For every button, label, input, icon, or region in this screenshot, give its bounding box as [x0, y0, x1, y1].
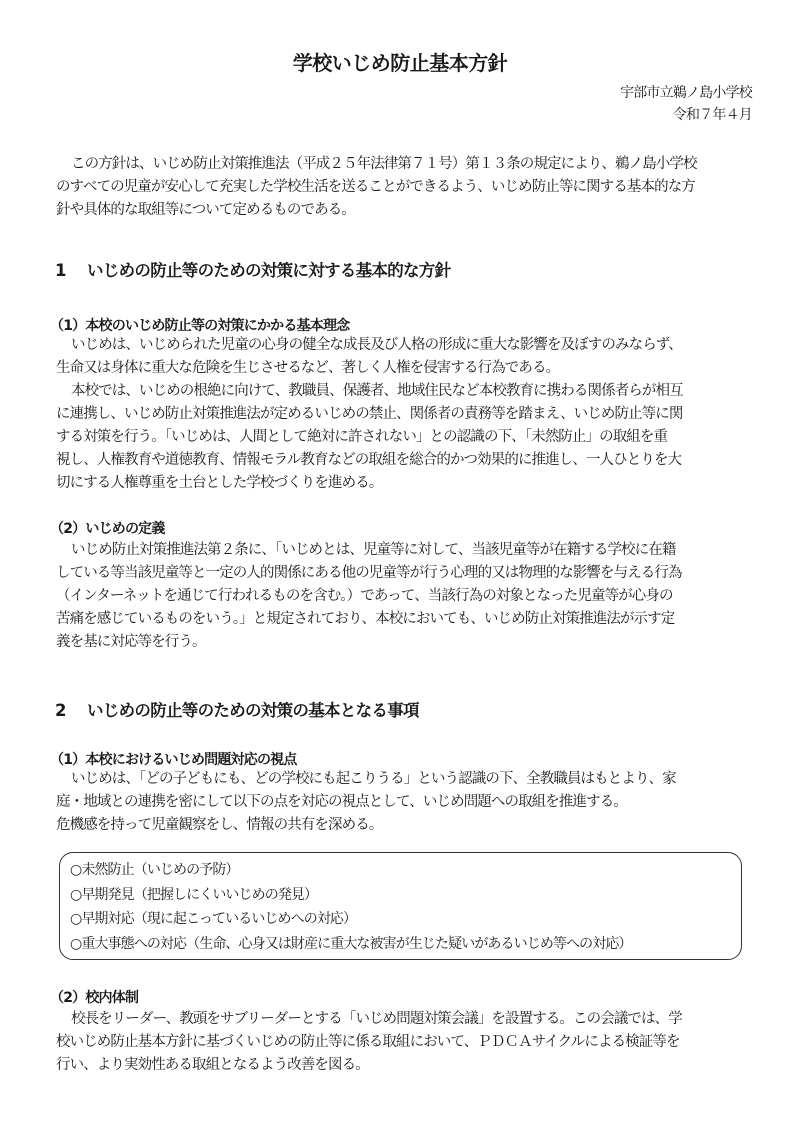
body-line: いじめ防止対策推進法第２条に、「いじめとは、児童等に対して、当該児童等が在籍する… — [56, 539, 748, 562]
intro-line: この方針は、いじめ防止対策推進法（平成２５年法律第７１号）第１３条の規定により、… — [56, 153, 748, 176]
section-number: 1 — [55, 261, 87, 280]
body-line: 校長をリーダー、教頭をサブリーダーとする「いじめ問題対策会議」を設置する。この会… — [56, 1008, 748, 1031]
body-line: 危機感を持って児童観察をし、情報の共有を深める。 — [56, 814, 748, 837]
body-line: 視し、人権教育や道徳教育、情報モラル教育などの取組を総合的かつ効果的に推進し、一… — [56, 449, 748, 472]
section-heading-text: いじめの防止等のための対策に対する基本的な方針 — [87, 261, 450, 280]
body-line: 校いじめ防止基本方針に基づくいじめの防止等に係る取組において、ＰＤＣＡサイクルに… — [56, 1031, 748, 1054]
section-1-heading: 1いじめの防止等のための対策に対する基本的な方針 — [55, 257, 450, 281]
subsection-1-1-heading: （1）本校のいじめ防止等の対策にかかる基本理念 — [50, 315, 349, 335]
viewpoint-item: ○早期対応（現に起こっているいじめへの対応） — [70, 907, 741, 932]
viewpoint-item: ○早期発見（把握しにくいいじめの発見） — [70, 883, 741, 908]
body-line: する対策を行う。「いじめは、人間として絶対に許されない」との認識の下、「未然防止… — [56, 426, 748, 449]
school-name: 宇部市立鵜ノ島小学校 — [620, 82, 752, 102]
section-heading-text: いじめの防止等のための対策の基本となる事項 — [87, 701, 419, 720]
body-line: 本校では、いじめの根絶に向けて、教職員、保護者、地域住民など本校教育に携わる関係… — [56, 380, 748, 403]
subsection-2-2-body: 校長をリーダー、教頭をサブリーダーとする「いじめ問題対策会議」を設置する。この会… — [56, 1008, 748, 1077]
subsection-2-2-heading: （2）校内体制 — [50, 987, 138, 1007]
body-line: に連携し、いじめ防止対策推進法が定めるいじめの禁止、関係者の責務等を踏まえ、いじ… — [56, 403, 748, 426]
document-title: 学校いじめ防止基本方針 — [0, 47, 800, 76]
viewpoint-item: ○重大事態への対応（生命、心身又は財産に重大な被害が生じた疑いがあるいじめ等への… — [70, 932, 741, 957]
subsection-2-1-body: いじめは、「どの子どもにも、どの学校にも起こりうる」という認識の下、全教職員はも… — [56, 768, 748, 837]
intro-paragraph: この方針は、いじめ防止対策推進法（平成２５年法律第７１号）第１３条の規定により、… — [56, 153, 748, 222]
section-number: 2 — [55, 701, 87, 720]
subsection-1-1-body: いじめは、いじめられた児童の心身の健全な成長及び人格の形成に重大な影響を及ぼすの… — [56, 334, 748, 495]
body-line: いじめは、いじめられた児童の心身の健全な成長及び人格の形成に重大な影響を及ぼすの… — [56, 334, 748, 357]
subsection-2-1-heading: （1）本校におけるいじめ問題対応の視点 — [50, 749, 297, 769]
body-line: 義を基に対応等を行う。 — [56, 631, 748, 654]
viewpoint-item: ○未然防止（いじめの予防） — [70, 858, 741, 883]
body-line: 庭・地域との連携を密にして以下の点を対応の視点として、いじめ問題への取組を推進す… — [56, 791, 748, 814]
intro-line: 針や具体的な取組等について定めるものである。 — [56, 199, 748, 222]
body-line: している等当該児童等と一定の人的関係にある他の児童等が行う心理的又は物理的な影響… — [56, 562, 748, 585]
body-line: 切にする人権尊重を土台とした学校づくりを進める。 — [56, 472, 748, 495]
intro-line: のすべての児童が安心して充実した学校生活を送ることができるよう、いじめ防止等に関… — [56, 176, 748, 199]
body-line: 行い、より実効性ある取組となるよう改善を図る。 — [56, 1054, 748, 1077]
document-date: 令和７年４月 — [673, 104, 752, 124]
body-line: 苦痛を感じているものをいう。」と規定されており、本校においても、いじめ防止対策推… — [56, 608, 748, 631]
body-line: 生命又は身体に重大な危険を生じさせるなど、著しく人権を侵害する行為である。 — [56, 357, 748, 380]
subsection-1-2-body: いじめ防止対策推進法第２条に、「いじめとは、児童等に対して、当該児童等が在籍する… — [56, 539, 748, 654]
document-page: 学校いじめ防止基本方針 宇部市立鵜ノ島小学校 令和７年４月 この方針は、いじめ防… — [0, 0, 800, 1130]
subsection-1-2-heading: （2）いじめの定義 — [50, 518, 165, 538]
body-line: いじめは、「どの子どもにも、どの学校にも起こりうる」という認識の下、全教職員はも… — [56, 768, 748, 791]
body-line: （インターネットを通じて行われるものを含む。）であって、当該行為の対象となった児… — [56, 585, 748, 608]
section-2-heading: 2いじめの防止等のための対策の基本となる事項 — [55, 697, 419, 721]
response-viewpoints-box: ○未然防止（いじめの予防） ○早期発見（把握しにくいいじめの発見） ○早期対応（… — [59, 852, 742, 960]
